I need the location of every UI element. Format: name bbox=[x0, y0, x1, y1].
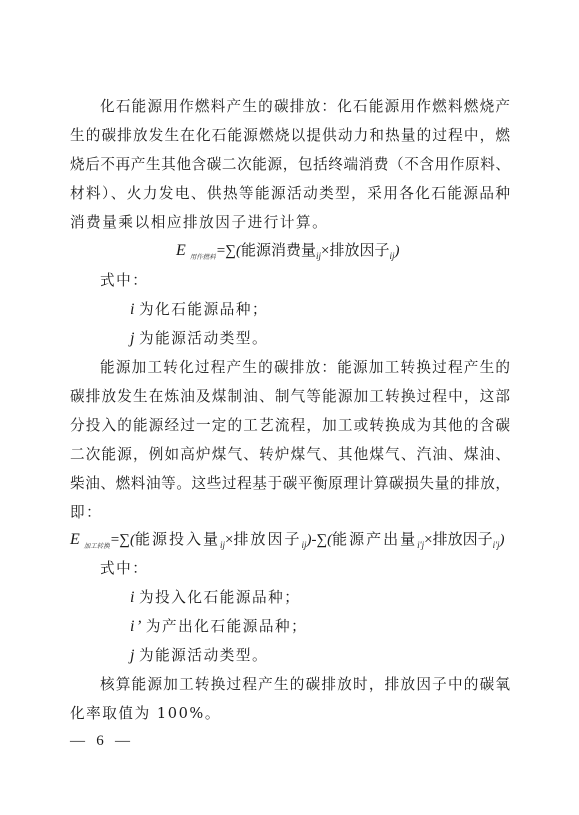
formula-minus-sum: )-∑( bbox=[306, 532, 332, 548]
where-label: 式中： bbox=[100, 559, 510, 579]
variable-definition: i为化石能源品种； bbox=[130, 300, 570, 320]
document-page: 化石能源用作燃料产生的碳排放：化石能源用作燃料燃烧产 生的碳排放发生在化石能源燃… bbox=[0, 0, 579, 815]
variable-description: 为产出化石能源品种； bbox=[146, 618, 307, 635]
formula-term: 能源投入量 bbox=[135, 532, 220, 548]
formula-symbol: E bbox=[176, 242, 186, 259]
formula-equals-sum: =∑ bbox=[217, 243, 236, 259]
where-label: 式中： bbox=[100, 271, 510, 291]
text-line: 核算能源加工转换过程产生的碳排放时，排放因子中的碳氧 bbox=[100, 675, 510, 695]
formula-equals-sum: =∑ bbox=[111, 532, 130, 548]
formula-close-paren: ) bbox=[500, 532, 505, 548]
page-number: — 6 — bbox=[70, 731, 130, 751]
variable-symbol: i bbox=[130, 301, 136, 318]
text-line: 即： bbox=[70, 503, 510, 523]
formula-conversion-emission: E加工转换=∑(能源投入量ij×排放因子ij)-∑(能源产出量i'j×排放因子i… bbox=[70, 530, 505, 557]
variable-description: 为能源活动类型。 bbox=[139, 330, 268, 347]
variable-symbol: j bbox=[130, 647, 136, 664]
text-line: 化率取值为 100%。 bbox=[70, 704, 510, 724]
variable-definition: j为能源活动类型。 bbox=[130, 646, 570, 666]
formula-fuel-emission: E用作燃料=∑(能源消费量ij×排放因子ij) bbox=[176, 241, 399, 268]
text-line: 二次能源，例如高炉煤气、转炉煤气、其他煤气、汽油、煤油、 bbox=[70, 445, 510, 465]
formula-term: 能源消费量 bbox=[241, 243, 316, 259]
formula-times: × bbox=[424, 532, 432, 548]
formula-term: 能源产出量 bbox=[332, 532, 417, 548]
variable-description: 为能源活动类型。 bbox=[139, 647, 268, 664]
formula-close-paren: ) bbox=[394, 243, 399, 259]
variable-definition: i为投入化石能源品种； bbox=[130, 588, 570, 608]
variable-symbol: i bbox=[130, 589, 136, 606]
text-line: 生的碳排放发生在化石能源燃烧以提供动力和热量的过程中，燃 bbox=[70, 126, 510, 146]
text-line: 化石能源用作燃料产生的碳排放：化石能源用作燃料燃烧产 bbox=[100, 97, 510, 117]
text-line: 烧后不再产生其他含碳二次能源，包括终端消费（不含用作原料、 bbox=[70, 155, 510, 175]
formula-term: 排放因子 bbox=[233, 532, 301, 548]
text-line: 柴油、燃料油等。这些过程基于碳平衡原理计算碳损失量的排放， bbox=[70, 474, 510, 494]
formula-term-subscript: i'j bbox=[493, 540, 500, 550]
formula-subscript: 加工转换 bbox=[84, 543, 110, 550]
text-line: 分投入的能源经过一定的工艺流程，加工或转换成为其他的含碳 bbox=[70, 416, 510, 436]
text-line: 消费量乘以相应排放因子进行计算。 bbox=[70, 213, 510, 233]
text-line: 能源加工转化过程产生的碳排放：能源加工转换过程产生的 bbox=[100, 358, 510, 378]
formula-term: 排放因子 bbox=[433, 532, 493, 548]
variable-description: 为投入化石能源品种； bbox=[139, 589, 300, 606]
text-line: 材料）、火力发电、供热等能源活动类型，采用各化石能源品种 bbox=[70, 184, 510, 204]
formula-term: 排放因子 bbox=[329, 243, 389, 259]
text-line: 碳排放发生在炼油及煤制油、制气等能源加工转换过程中，这部 bbox=[70, 387, 510, 407]
variable-symbol: i’ bbox=[130, 618, 143, 635]
variable-definition: i’为产出化石能源品种； bbox=[130, 617, 570, 637]
variable-definition: j为能源活动类型。 bbox=[130, 329, 570, 349]
formula-subscript: 用作燃料 bbox=[190, 254, 216, 261]
variable-symbol: j bbox=[130, 330, 136, 347]
variable-description: 为化石能源品种； bbox=[139, 301, 268, 318]
formula-symbol: E bbox=[70, 531, 80, 548]
